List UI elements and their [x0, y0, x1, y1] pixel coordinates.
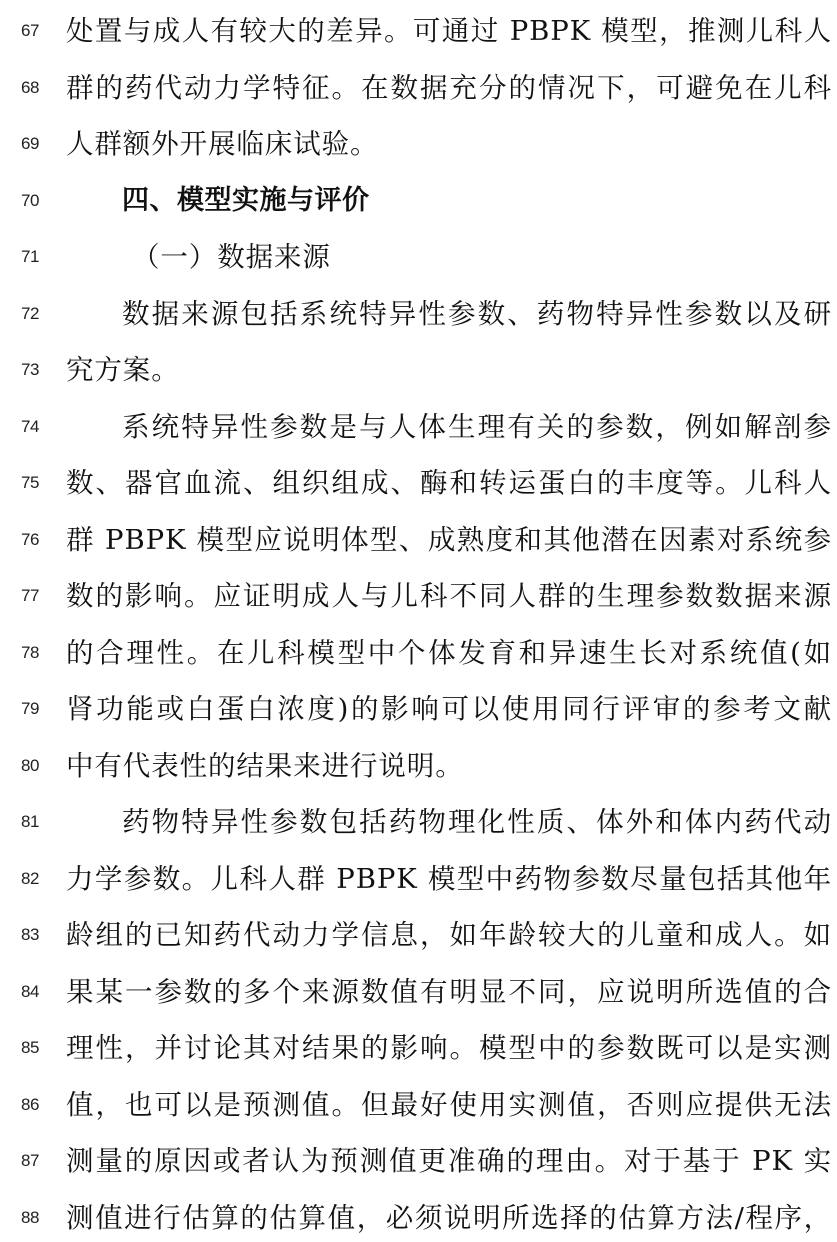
document-line: 87 测量的原因或者认为预测值更准确的理由。对于基于 PK 实: [0, 1133, 837, 1190]
document-line: 72 数据来源包括系统特异性参数、药物特异性参数以及研: [0, 286, 837, 343]
document-line: 80 中有代表性的结果来进行说明。: [0, 738, 837, 795]
line-number: 79: [10, 699, 50, 719]
section-heading-line: 70 四、模型实施与评价: [0, 173, 837, 230]
line-number: 78: [10, 643, 50, 663]
line-text: 肾功能或白蛋白浓度)的影响可以使用同行评审的参考文献: [66, 681, 832, 738]
line-number: 67: [10, 21, 50, 41]
document-line: 74 系统特异性参数是与人体生理有关的参数，例如解剖参: [0, 399, 837, 456]
line-text: 数、器官血流、组织组成、酶和转运蛋白的丰度等。儿科人: [66, 455, 832, 512]
document-line: 68 群的药代动力学特征。在数据充分的情况下，可避免在儿科: [0, 60, 837, 117]
document-page: 67 处置与成人有较大的差异。可通过 PBPK 模型，推测儿科人 68 群的药代…: [0, 3, 837, 1242]
line-number: 76: [10, 530, 50, 550]
document-line: 81 药物特异性参数包括药物理化性质、体外和体内药代动: [0, 794, 837, 851]
document-line: 88 测值进行估算的估算值，必须说明所选择的估算方法/程序，: [0, 1190, 837, 1242]
line-number: 81: [10, 812, 50, 832]
line-number: 83: [10, 925, 50, 945]
document-line: 79 肾功能或白蛋白浓度)的影响可以使用同行评审的参考文献: [0, 681, 837, 738]
document-line: 75 数、器官血流、组织组成、酶和转运蛋白的丰度等。儿科人: [0, 455, 837, 512]
line-number: 86: [10, 1095, 50, 1115]
document-line: 76 群 PBPK 模型应说明体型、成熟度和其他潜在因素对系统参: [0, 512, 837, 569]
line-text: 处置与成人有较大的差异。可通过 PBPK 模型，推测儿科人: [66, 3, 832, 60]
line-text: 龄组的已知药代动力学信息，如年龄较大的儿童和成人。如: [66, 907, 832, 964]
line-number: 72: [10, 304, 50, 324]
document-line: 86 值，也可以是预测值。但最好使用实测值，否则应提供无法: [0, 1077, 837, 1134]
line-number: 84: [10, 982, 50, 1002]
subsection-heading-line: 71 （一）数据来源: [0, 229, 837, 286]
line-text: 中有代表性的结果来进行说明。: [66, 738, 832, 795]
line-text: 人群额外开展临床试验。: [66, 116, 832, 173]
line-number: 71: [10, 247, 50, 267]
document-line: 85 理性，并讨论其对结果的影响。模型中的参数既可以是实测: [0, 1020, 837, 1077]
line-text: 力学参数。儿科人群 PBPK 模型中药物参数尽量包括其他年: [66, 851, 832, 908]
document-line: 78 的合理性。在儿科模型中个体发育和异速生长对系统值(如: [0, 625, 837, 682]
line-text: 理性，并讨论其对结果的影响。模型中的参数既可以是实测: [66, 1020, 832, 1077]
document-line: 69 人群额外开展临床试验。: [0, 116, 837, 173]
line-text: 果某一参数的多个来源数值有明显不同，应说明所选值的合: [66, 964, 832, 1021]
line-text: 测量的原因或者认为预测值更准确的理由。对于基于 PK 实: [66, 1133, 832, 1190]
subsection-heading: （一）数据来源: [66, 229, 832, 286]
line-text: 药物特异性参数包括药物理化性质、体外和体内药代动: [66, 794, 832, 851]
line-text: 群 PBPK 模型应说明体型、成熟度和其他潜在因素对系统参: [66, 512, 832, 569]
line-text: 系统特异性参数是与人体生理有关的参数，例如解剖参: [66, 399, 832, 456]
document-line: 73 究方案。: [0, 342, 837, 399]
document-line: 82 力学参数。儿科人群 PBPK 模型中药物参数尽量包括其他年: [0, 851, 837, 908]
line-number: 77: [10, 586, 50, 606]
line-text: 数据来源包括系统特异性参数、药物特异性参数以及研: [66, 286, 832, 343]
line-text: 群的药代动力学特征。在数据充分的情况下，可避免在儿科: [66, 60, 832, 117]
line-number: 80: [10, 756, 50, 776]
line-text: 测值进行估算的估算值，必须说明所选择的估算方法/程序，: [66, 1190, 832, 1242]
line-number: 88: [10, 1208, 50, 1228]
line-number: 75: [10, 473, 50, 493]
line-number: 85: [10, 1038, 50, 1058]
line-number: 82: [10, 869, 50, 889]
line-text: 数的影响。应证明成人与儿科不同人群的生理参数数据来源: [66, 568, 832, 625]
section-heading: 四、模型实施与评价: [66, 173, 832, 230]
line-number: 87: [10, 1151, 50, 1171]
document-line: 77 数的影响。应证明成人与儿科不同人群的生理参数数据来源: [0, 568, 837, 625]
line-text: 究方案。: [66, 342, 832, 399]
document-line: 67 处置与成人有较大的差异。可通过 PBPK 模型，推测儿科人: [0, 3, 837, 60]
line-text: 的合理性。在儿科模型中个体发育和异速生长对系统值(如: [66, 625, 832, 682]
line-number: 69: [10, 134, 50, 154]
line-number: 74: [10, 417, 50, 437]
line-number: 70: [10, 191, 50, 211]
line-number: 68: [10, 78, 50, 98]
line-text: 值，也可以是预测值。但最好使用实测值，否则应提供无法: [66, 1077, 832, 1134]
document-line: 84 果某一参数的多个来源数值有明显不同，应说明所选值的合: [0, 964, 837, 1021]
line-number: 73: [10, 360, 50, 380]
document-line: 83 龄组的已知药代动力学信息，如年龄较大的儿童和成人。如: [0, 907, 837, 964]
